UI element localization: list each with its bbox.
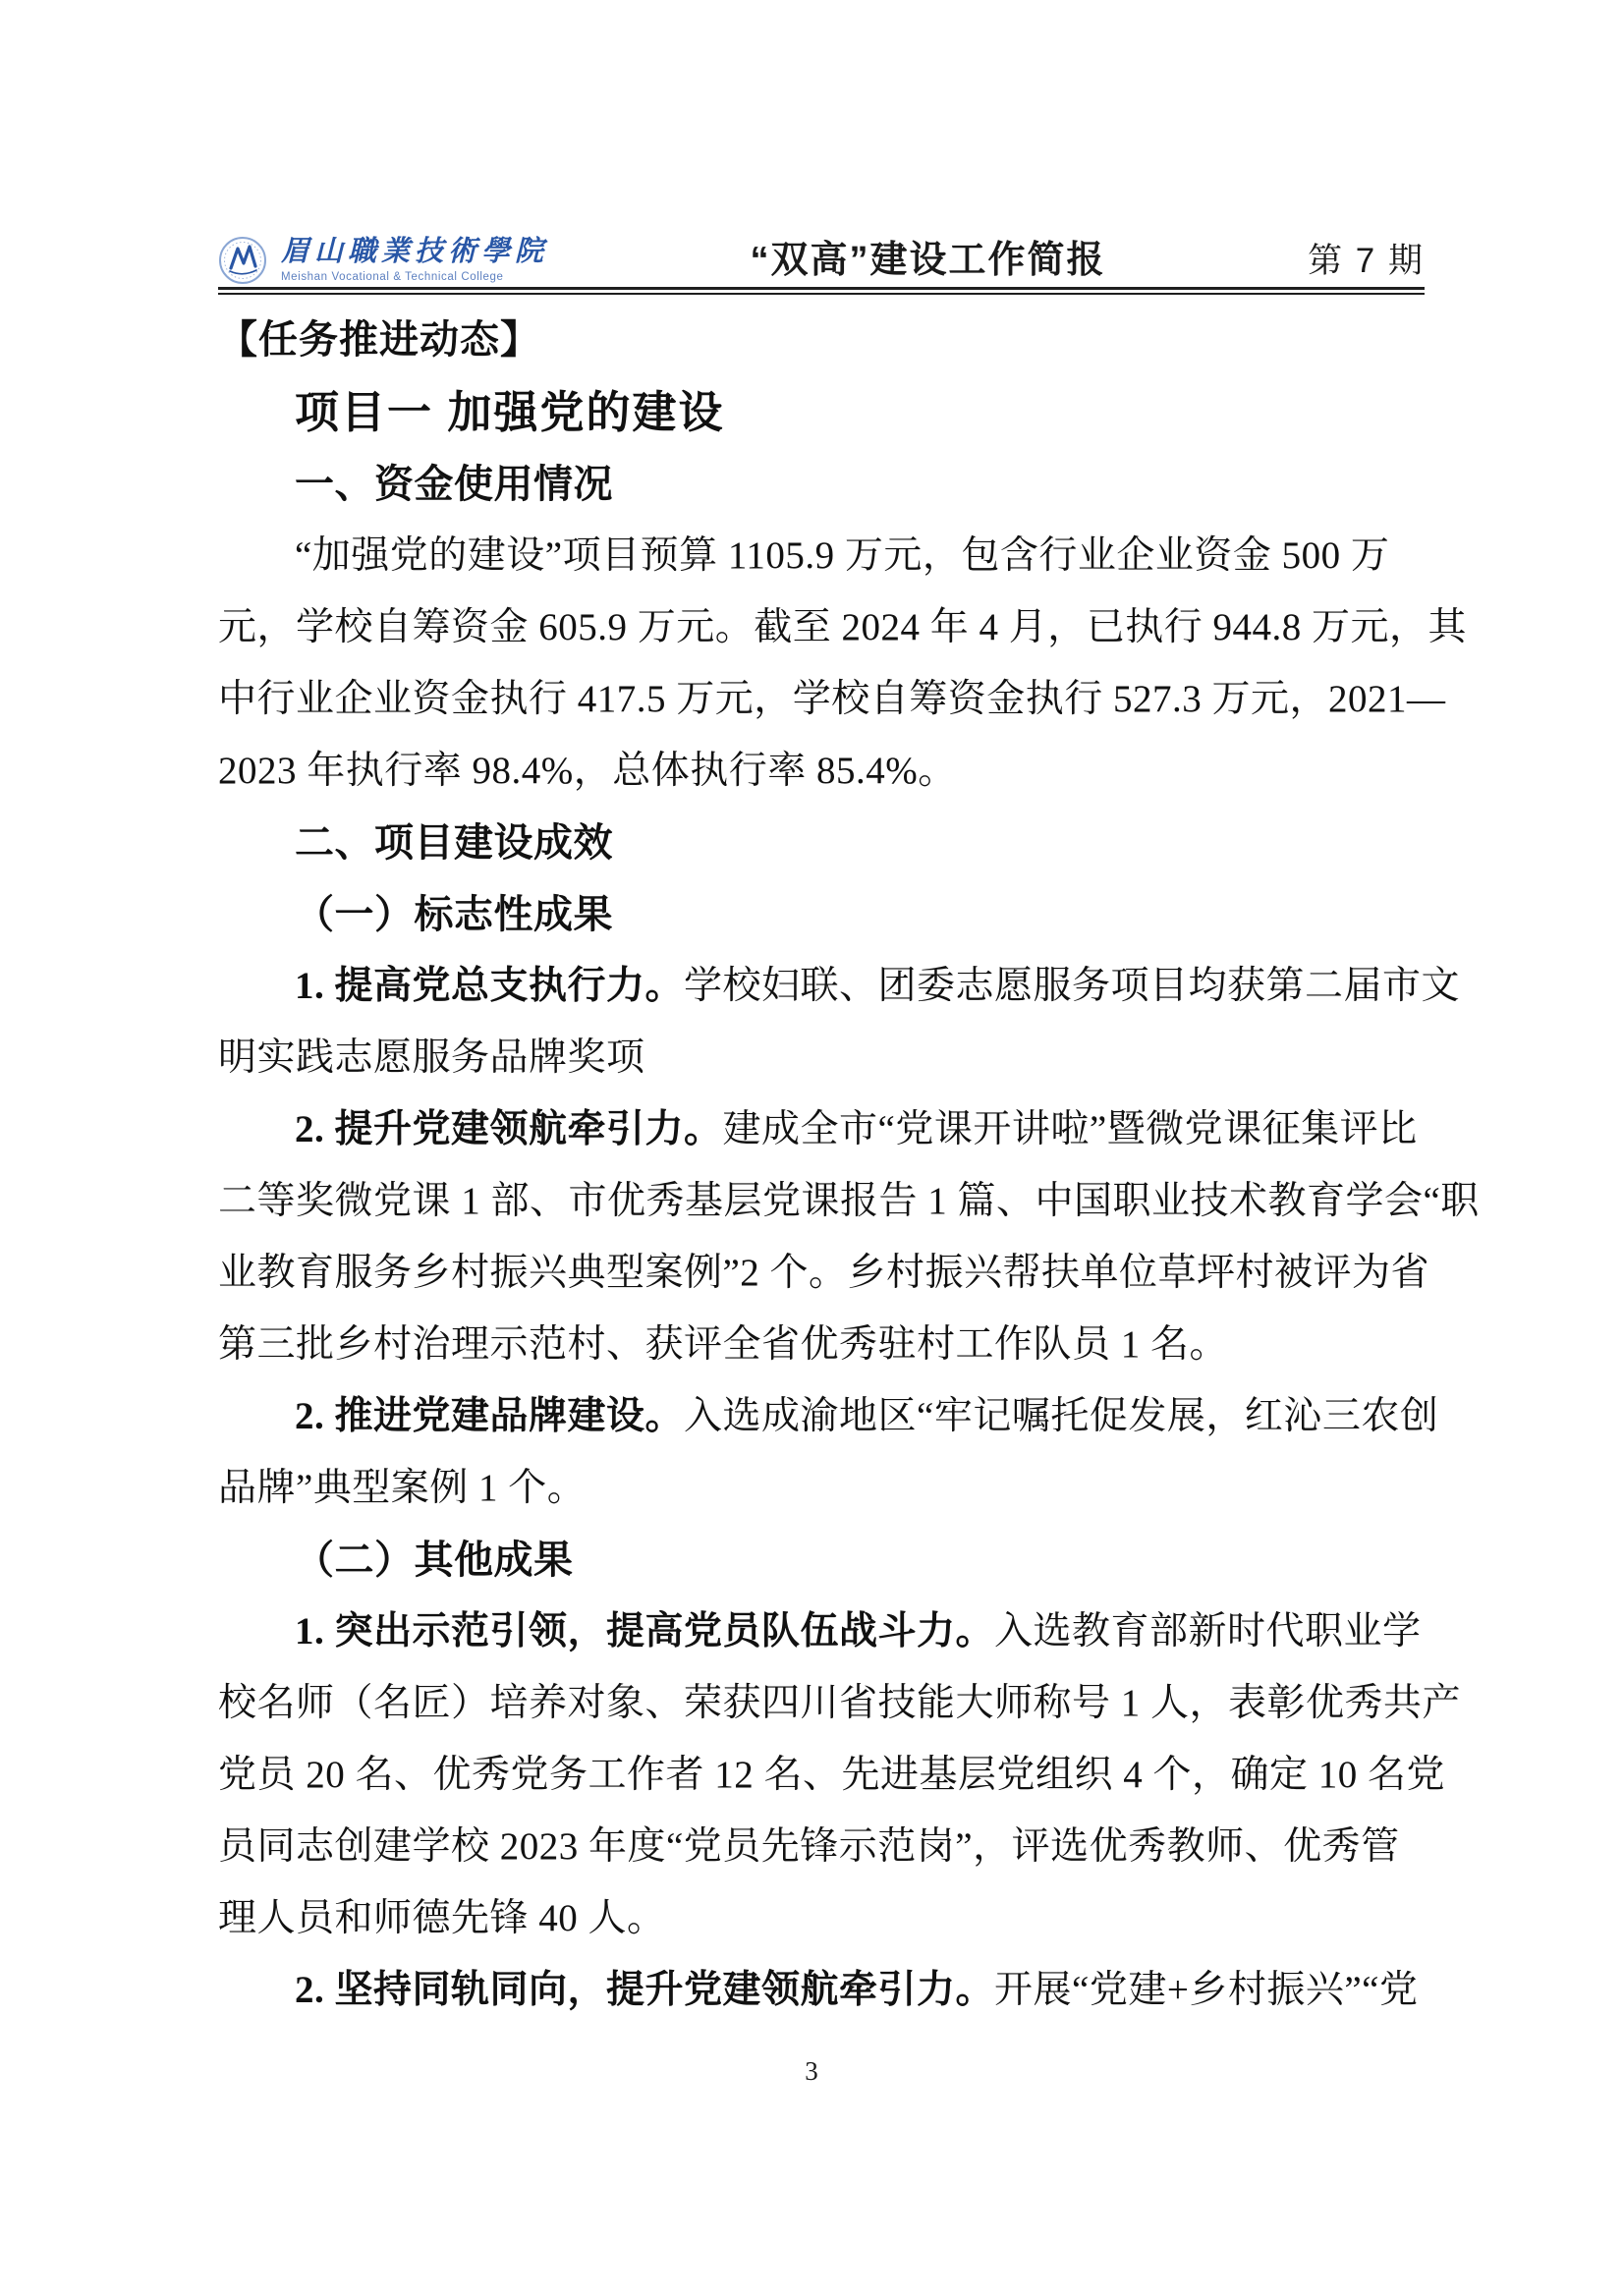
bulletin-title: “双高”建设工作简报 [751,229,1106,287]
masthead-divider [218,287,1425,295]
paragraph-line: 1. 提高党总支执行力。学校妇联、团委志愿服务项目均获第二届市文 [218,950,1436,1022]
heading-landmark: （一）标志性成果 [218,878,1436,950]
paragraph-line: 校名师（名匠）培养对象、荣获四川省技能大师称号 1 人，表彰优秀共产 [218,1667,1436,1739]
masthead: 眉山職業技術學院 Meishan Vocational & Technical … [218,216,1425,287]
heading-results: 二、项目建设成效 [218,807,1436,878]
paragraph-line: 元，学校自筹资金 605.9 万元。截至 2024 年 4 月，已执行 944.… [218,591,1436,663]
paragraph-line: 2. 提升党建领航牵引力。建成全市“党课开讲啦”暨微党课征集评比 [218,1093,1436,1165]
paragraph-line: 员同志创建学校 2023 年度“党员先锋示范岗”，评选优秀教师、优秀管 [218,1811,1436,1882]
page-number: 3 [0,2056,1623,2087]
bulletin-page: 眉山職業技術學院 Meishan Vocational & Technical … [0,0,1623,2296]
paragraph-line: 二等奖微党课 1 部、市优秀基层党课报告 1 篇、中国职业技术教育学会“职 [218,1165,1436,1237]
college-seal-icon [218,236,267,285]
paragraph-line: 2. 推进党建品牌建设。入选成渝地区“牢记嘱托促发展，红沁三农创 [218,1380,1436,1452]
college-name-zh: 眉山職業技術學院 [281,237,548,268]
paragraph-line: 2. 坚持同轨同向，提升党建领航牵引力。开展“党建+乡村振兴”“党 [218,1954,1436,2026]
paragraph-line: 1. 突出示范引领，提高党员队伍战斗力。入选教育部新时代职业学 [218,1596,1436,1667]
college-name-en: Meishan Vocational & Technical College [281,271,548,284]
paragraph-line: 品牌”典型案例 1 个。 [218,1452,1436,1524]
college-logo: 眉山職業技術學院 Meishan Vocational & Technical … [218,236,548,287]
paragraph-line: 理人员和师德先锋 40 人。 [218,1882,1436,1954]
project-heading: 项目一 加强党的建设 [218,376,1436,448]
paragraph-line: 2023 年执行率 98.4%，总体执行率 85.4%。 [218,735,1436,807]
paragraph-line: 业教育服务乡村振兴典型案例”2 个。乡村振兴帮扶单位草坪村被评为省 [218,1237,1436,1309]
college-name-block: 眉山職業技術學院 Meishan Vocational & Technical … [281,237,548,284]
paragraph-line: 中行业企业资金执行 417.5 万元，学校自筹资金执行 527.3 万元，202… [218,663,1436,735]
issue-number: 第 7 期 [1308,234,1425,287]
paragraph-line: 明实践志愿服务品牌奖项 [218,1022,1436,1093]
paragraph-line: “加强党的建设”项目预算 1105.9 万元，包含行业企业资金 500 万 [218,520,1436,591]
paragraph-line: 第三批乡村治理示范村、获评全省优秀驻村工作队员 1 名。 [218,1309,1436,1380]
document-body: 【任务推进动态】 项目一 加强党的建设 一、资金使用情况 “加强党的建设”项目预… [218,305,1436,2026]
section-label: 【任务推进动态】 [218,305,1436,376]
heading-funds: 一、资金使用情况 [218,448,1436,520]
paragraph-line: 党员 20 名、优秀党务工作者 12 名、先进基层党组织 4 个，确定 10 名… [218,1739,1436,1811]
heading-other: （二）其他成果 [218,1524,1436,1596]
